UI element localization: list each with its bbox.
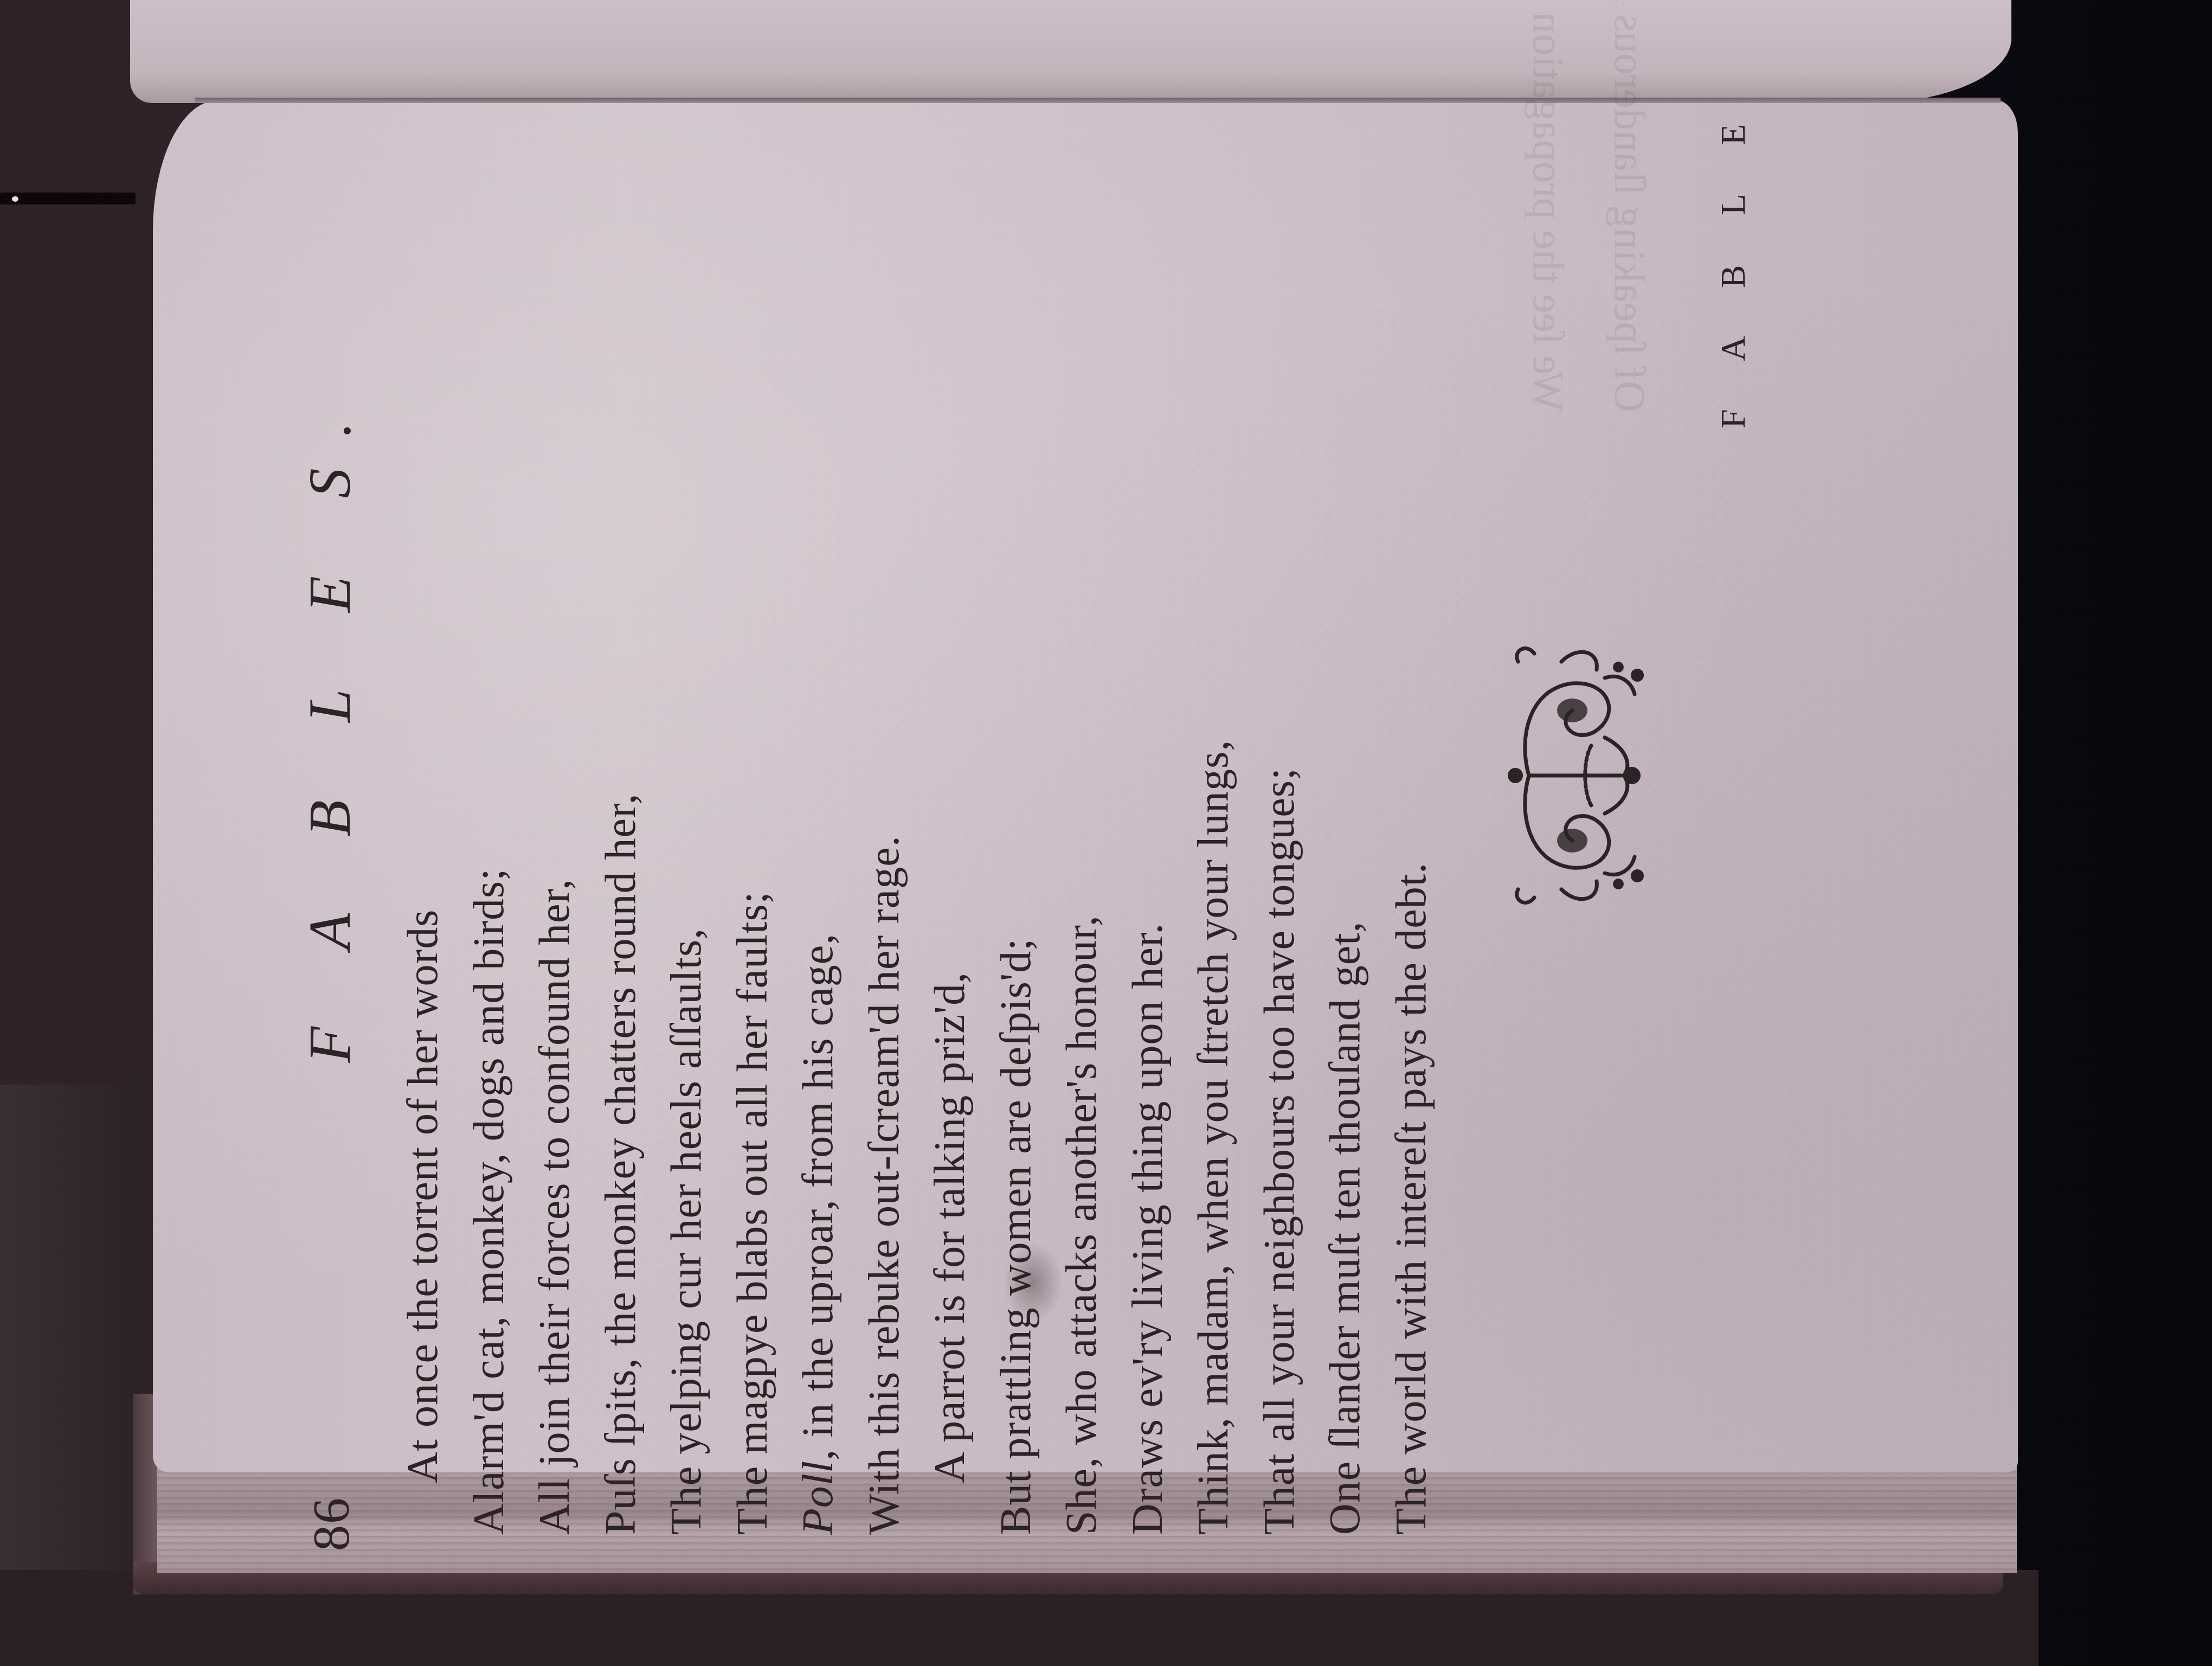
verse-line: With this rebuke out-ſcream'd her rage.: [860, 835, 909, 1535]
verse-line: Think, madam, when you ſtretch your lung…: [1189, 740, 1238, 1535]
verse-line: Draws ev'ry living thing upon her.: [1123, 923, 1173, 1535]
floral-tailpiece-ornament-icon: [1496, 629, 1659, 922]
facing-page: [130, 0, 2011, 103]
verse-line: The yelping cur her heels aſſaults,: [662, 928, 711, 1535]
page-number: 86: [301, 1497, 361, 1551]
verse-line: Alarm'd cat, monkey, dogs and birds;: [465, 868, 514, 1535]
verse-line: Puſs ſpits, the monkey chatters round he…: [596, 793, 646, 1535]
running-title: F A B L E S.: [295, 390, 364, 1063]
catchword: F A B L E: [1713, 104, 1753, 428]
background-shelf-edge: [0, 193, 136, 204]
verse-line: The magpye blabs out all her faults;: [728, 891, 777, 1535]
verse-line: At once the torrent of her words: [398, 909, 448, 1483]
verse-line: She, who attacks another's honour,: [1057, 915, 1107, 1535]
background-light-reflection: [12, 196, 18, 202]
show-through-text: Of ſpeaking ſlanderous ſtrife: [1604, 0, 1654, 412]
verse-line: Poll, in the uproar, from his cage,: [794, 933, 843, 1535]
book-gutter: [195, 98, 2001, 103]
verse-line: The world with intereſt pays the debt.: [1387, 862, 1436, 1535]
verse-line: A parrot is for talking priz'd,: [925, 972, 975, 1483]
show-through-text: We ſee the propagation of life: [1523, 0, 1572, 412]
verse-line: One ſlander muſt ten thouſand get,: [1321, 921, 1370, 1535]
verse-line: All join their forces to confound her,: [530, 879, 580, 1535]
verse-line: That all your neighbours too have tongue…: [1255, 767, 1304, 1535]
verse-line: But prattling women are deſpis'd;: [992, 938, 1041, 1535]
italic-name: Poll: [794, 1460, 842, 1535]
